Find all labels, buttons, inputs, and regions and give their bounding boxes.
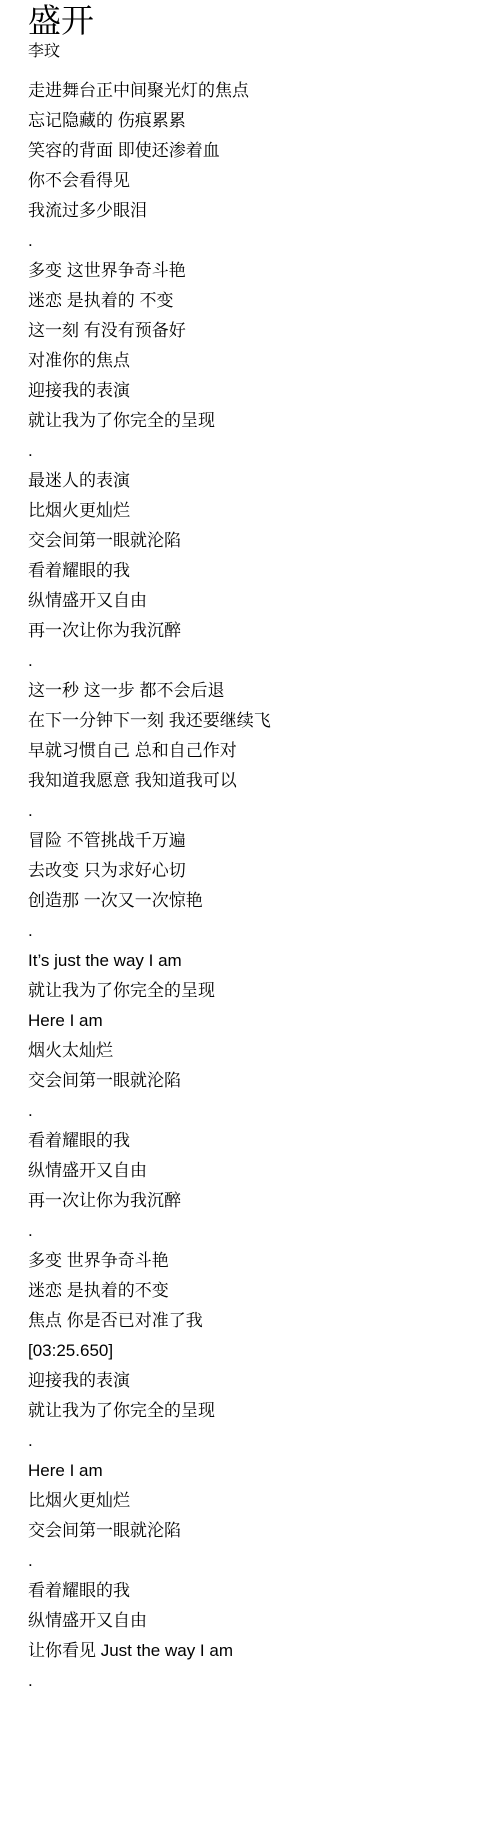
lyric-line: 焦点 你是否已对准了我 [28, 1306, 470, 1336]
lyric-line: . [28, 1546, 470, 1576]
lyric-line: . [28, 916, 470, 946]
lyric-line: 再一次让你为我沉醉 [28, 616, 470, 646]
artist-name: 李玟 [28, 41, 470, 63]
lyric-line: 多变 这世界争奇斗艳 [28, 256, 470, 286]
lyric-line: 再一次让你为我沉醉 [28, 1186, 470, 1216]
lyric-line: Here I am [28, 1456, 470, 1486]
lyric-line: 对准你的焦点 [28, 346, 470, 376]
lyric-line: . [28, 1666, 470, 1696]
lyric-line: 走进舞台正中间聚光灯的焦点 [28, 76, 470, 106]
lyric-line: 迎接我的表演 [28, 1366, 470, 1396]
lyric-line: . [28, 796, 470, 826]
lyric-line: 我知道我愿意 我知道我可以 [28, 766, 470, 796]
lyric-line: . [28, 226, 470, 256]
lyric-line: . [28, 436, 470, 466]
lyric-line: . [28, 646, 470, 676]
lyric-line: 冒险 不管挑战千万遍 [28, 826, 470, 856]
lyric-line: 交会间第一眼就沦陷 [28, 1516, 470, 1546]
lyric-line: 我流过多少眼泪 [28, 196, 470, 226]
lyric-line: 最迷人的表演 [28, 466, 470, 496]
lyric-line: . [28, 1426, 470, 1456]
lyric-line: 交会间第一眼就沦陷 [28, 526, 470, 556]
song-title: 盛开 [28, 2, 470, 40]
lyric-line: 创造那 一次又一次惊艳 [28, 886, 470, 916]
lyric-line: 这一秒 这一步 都不会后退 [28, 676, 470, 706]
lyric-line: 交会间第一眼就沦陷 [28, 1066, 470, 1096]
lyric-line: 就让我为了你完全的呈现 [28, 1396, 470, 1426]
lyric-line: 看着耀眼的我 [28, 1576, 470, 1606]
lyric-line: [03:25.650] [28, 1336, 470, 1366]
lyric-line: It’s just the way I am [28, 946, 470, 976]
lyric-line: . [28, 1216, 470, 1246]
lyric-line: 你不会看得见 [28, 166, 470, 196]
lyrics-page: 盛开 李玟 走进舞台正中间聚光灯的焦点忘记隐藏的 伤痕累累笑容的背面 即使还渗着… [0, 0, 500, 1696]
lyric-line: 多变 世界争奇斗艳 [28, 1246, 470, 1276]
lyric-line: 让你看见 Just the way I am [28, 1636, 470, 1666]
lyric-line: . [28, 1096, 470, 1126]
lyric-line: Here I am [28, 1006, 470, 1036]
lyric-line: 就让我为了你完全的呈现 [28, 406, 470, 436]
lyric-line: 迷恋 是执着的 不变 [28, 286, 470, 316]
lyric-line: 笑容的背面 即使还渗着血 [28, 136, 470, 166]
lyric-line: 迷恋 是执着的不变 [28, 1276, 470, 1306]
lyric-line: 看着耀眼的我 [28, 556, 470, 586]
lyric-line: 去改变 只为求好心切 [28, 856, 470, 886]
lyric-line: 看着耀眼的我 [28, 1126, 470, 1156]
lyrics-body: 走进舞台正中间聚光灯的焦点忘记隐藏的 伤痕累累笑容的背面 即使还渗着血你不会看得… [28, 76, 470, 1696]
lyric-line: 迎接我的表演 [28, 376, 470, 406]
lyric-line: 比烟火更灿烂 [28, 1486, 470, 1516]
lyric-line: 早就习惯自己 总和自己作对 [28, 736, 470, 766]
lyric-line: 这一刻 有没有预备好 [28, 316, 470, 346]
lyric-line: 烟火太灿烂 [28, 1036, 470, 1066]
lyric-line: 就让我为了你完全的呈现 [28, 976, 470, 1006]
lyric-line: 比烟火更灿烂 [28, 496, 470, 526]
lyric-line: 纵情盛开又自由 [28, 1606, 470, 1636]
lyric-line: 纵情盛开又自由 [28, 1156, 470, 1186]
lyric-line: 忘记隐藏的 伤痕累累 [28, 106, 470, 136]
lyric-line: 在下一分钟下一刻 我还要继续飞 [28, 706, 470, 736]
lyric-line: 纵情盛开又自由 [28, 586, 470, 616]
